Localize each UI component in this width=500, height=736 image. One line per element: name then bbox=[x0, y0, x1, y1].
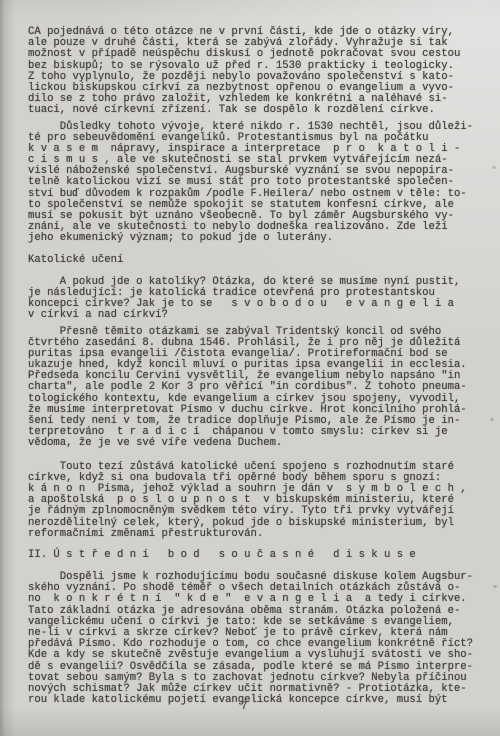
text-line: nerozdělitelný celek, který, pokud jde o… bbox=[28, 518, 488, 529]
paragraph: Důsledky tohoto vývoje, které nikdo r. 1… bbox=[28, 122, 488, 245]
document-text: CA pojednává o této otázce ne v první čá… bbox=[28, 27, 488, 706]
scan-smudge bbox=[492, 166, 496, 169]
section-heading: Katolické učení bbox=[28, 255, 488, 266]
paragraph: Přesně těmito otázkami se zabýval Triden… bbox=[28, 327, 488, 450]
text-line: je řádným zplnomocněným svědkem této vír… bbox=[28, 506, 488, 517]
text-line: II. Ú s t ř e d n í b o d s o u č a s n … bbox=[28, 550, 488, 561]
scan-smudge bbox=[493, 585, 497, 588]
text-line: rou klade katolickému pojetí evangelická… bbox=[28, 695, 488, 706]
paragraph: Dospěli jsme k rozhodujícímu bodu součas… bbox=[28, 572, 488, 706]
text-line: reformačními změnami přestrukturován. bbox=[28, 529, 488, 540]
paragraph: A pokud jde o katolíky? Otázka, do které… bbox=[28, 277, 488, 322]
text-line: Důsledky tohoto vývoje, které nikdo r. 1… bbox=[28, 122, 488, 133]
section-heading: II. Ú s t ř e d n í b o d s o u č a s n … bbox=[28, 550, 488, 561]
scan-smudge bbox=[490, 417, 495, 422]
text-line: jeho ekumenický význam; to pokud jde o l… bbox=[28, 233, 488, 244]
text-line: charta", ale podle 2 Kor 3 pro věřící "i… bbox=[28, 382, 488, 393]
paragraph: CA pojednává o této otázce ne v první čá… bbox=[28, 27, 488, 117]
text-line: v církvi a nad církví? bbox=[28, 310, 488, 321]
text-line: Přesně těmito otázkami se zabýval Triden… bbox=[28, 327, 488, 338]
text-line: Katolické učení bbox=[28, 255, 488, 266]
text-line: telně katolickou vizí se musí stát pro t… bbox=[28, 177, 488, 188]
text-line: Kde a kdy se skutečně zvěstuje evangeliu… bbox=[28, 650, 488, 661]
text-line: možnost v případě neúspěchu diskusí o je… bbox=[28, 49, 488, 60]
text-line: tuaci, nové církevní zřízení. Tak se dos… bbox=[28, 105, 488, 116]
scanned-document-page: CA pojednává o této otázce ne v první čá… bbox=[0, 0, 500, 736]
text-line: no k o n k r é t n í " k d e " e v a n g… bbox=[28, 594, 488, 605]
text-line: vědoma, že je ve své víře vedena Duchem. bbox=[28, 438, 488, 449]
page-number: 7 bbox=[241, 701, 247, 713]
paragraph: Touto tezí zůstává katolické učení spoje… bbox=[28, 462, 488, 540]
